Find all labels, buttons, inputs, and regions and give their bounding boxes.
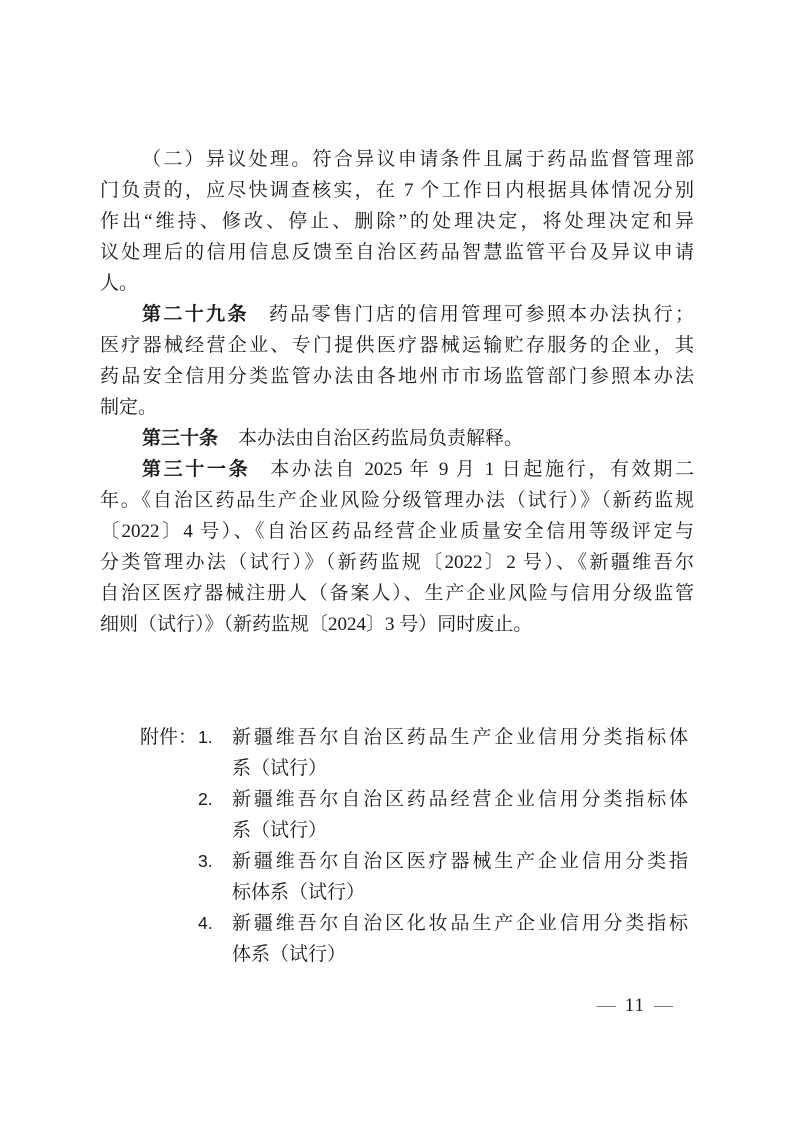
attachments-list: 1. 新疆维吾尔自治区药品生产企业信用分类指标体 系（试行） 2. 新疆维吾尔自…	[198, 722, 694, 970]
attachment-item-number: 1.	[198, 722, 232, 784]
attachment-item-text: 新疆维吾尔自治区化妆品生产企业信用分类指标 体系（试行）	[232, 908, 688, 970]
article-number-heading: 第三十一条	[142, 459, 250, 480]
paragraph: （二）异议处理。符合异议申请条件且属于药品监督管理部 门负责的，应尽快调查核实，…	[100, 144, 694, 299]
document-body: （二）异议处理。符合异议申请条件且属于药品监督管理部 门负责的，应尽快调查核实，…	[100, 144, 694, 640]
attachment-item-line: 新疆维吾尔自治区药品经营企业信用分类指标体	[232, 784, 688, 815]
text-run: 药品零售门店的信用管理可参照本办法执行；	[269, 304, 694, 325]
page-footer: — 11 —	[597, 995, 673, 1017]
text-line: 作出“维持、修改、停止、删除”的处理决定，将处理决定和异	[100, 206, 694, 237]
attachment-item: 2. 新疆维吾尔自治区药品经营企业信用分类指标体 系（试行）	[198, 784, 694, 846]
text-line: 人。	[100, 268, 694, 299]
text-line: 制定。	[100, 392, 694, 423]
page-number: 11	[625, 995, 645, 1017]
text-line: 门负责的，应尽快调查核实，在 7 个工作日内根据具体情况分别	[100, 175, 694, 206]
attachment-item-line: 新疆维吾尔自治区药品生产企业信用分类指标体	[232, 722, 688, 753]
attachment-item-line: 体系（试行）	[232, 939, 688, 970]
article-number-heading: 第二十九条	[142, 304, 249, 325]
page-number-dash: —	[654, 995, 673, 1017]
attachment-item-number: 2.	[198, 784, 232, 846]
attachments-label: 附件：	[140, 722, 197, 753]
attachment-item-text: 新疆维吾尔自治区医疗器械生产企业信用分类指 标体系（试行）	[232, 846, 688, 908]
attachment-item-text: 新疆维吾尔自治区药品经营企业信用分类指标体 系（试行）	[232, 784, 688, 846]
paragraph: 第二十九条药品零售门店的信用管理可参照本办法执行； 医疗器械经营企业、专门提供医…	[100, 299, 694, 423]
text-line: 细则（试行）》（新药监规〔2024〕3 号）同时废止。	[100, 609, 694, 640]
text-line: 自治区医疗器械注册人（备案人）、生产企业风险与信用分级监管	[100, 578, 694, 609]
attachment-item-number: 3.	[198, 846, 232, 908]
article-number-heading: 第三十条	[142, 428, 218, 449]
text-line: 第三十一条本办法自 2025 年 9 月 1 日起施行，有效期二	[100, 454, 694, 485]
text-line: 分类管理办法（试行）》（新药监规〔2022〕2 号）、《新疆维吾尔	[100, 547, 694, 578]
text-line: 第三十条本办法由自治区药监局负责解释。	[100, 423, 694, 454]
text-line: 〔2022〕4 号）、《自治区药品经营企业质量安全信用等级评定与	[100, 516, 694, 547]
attachment-item: 1. 新疆维吾尔自治区药品生产企业信用分类指标体 系（试行）	[198, 722, 694, 784]
attachment-item-line: 新疆维吾尔自治区化妆品生产企业信用分类指标	[232, 908, 688, 939]
attachment-item-text: 新疆维吾尔自治区药品生产企业信用分类指标体 系（试行）	[232, 722, 688, 784]
page-number-dash: —	[597, 995, 616, 1017]
attachment-item-line: 系（试行）	[232, 753, 688, 784]
text-run: 本办法自 2025 年 9 月 1 日起施行，有效期二	[270, 459, 694, 480]
text-line: （二）异议处理。符合异议申请条件且属于药品监督管理部	[100, 144, 694, 175]
attachment-item-number: 4.	[198, 908, 232, 970]
text-line: 药品安全信用分类监管办法由各地州市市场监管部门参照本办法	[100, 361, 694, 392]
text-run: 本办法由自治区药监局负责解释。	[238, 428, 523, 449]
attachment-item: 3. 新疆维吾尔自治区医疗器械生产企业信用分类指 标体系（试行）	[198, 846, 694, 908]
text-line: 年。《自治区药品生产企业风险分级管理办法（试行）》（新药监规	[100, 485, 694, 516]
text-line: 第二十九条药品零售门店的信用管理可参照本办法执行；	[100, 299, 694, 330]
paragraph: 第三十条本办法由自治区药监局负责解释。	[100, 423, 694, 454]
attachment-item-line: 新疆维吾尔自治区医疗器械生产企业信用分类指	[232, 846, 688, 877]
text-line: 议处理后的信用信息反馈至自治区药品智慧监管平台及异议申请	[100, 237, 694, 268]
attachments-section: 附件： 1. 新疆维吾尔自治区药品生产企业信用分类指标体 系（试行） 2. 新疆…	[100, 722, 694, 970]
text-line: 医疗器械经营企业、专门提供医疗器械运输贮存服务的企业，其	[100, 330, 694, 361]
attachment-item-line: 标体系（试行）	[232, 877, 688, 908]
attachment-item-line: 系（试行）	[232, 815, 688, 846]
paragraph: 第三十一条本办法自 2025 年 9 月 1 日起施行，有效期二 年。《自治区药…	[100, 454, 694, 640]
attachment-item: 4. 新疆维吾尔自治区化妆品生产企业信用分类指标 体系（试行）	[198, 908, 694, 970]
